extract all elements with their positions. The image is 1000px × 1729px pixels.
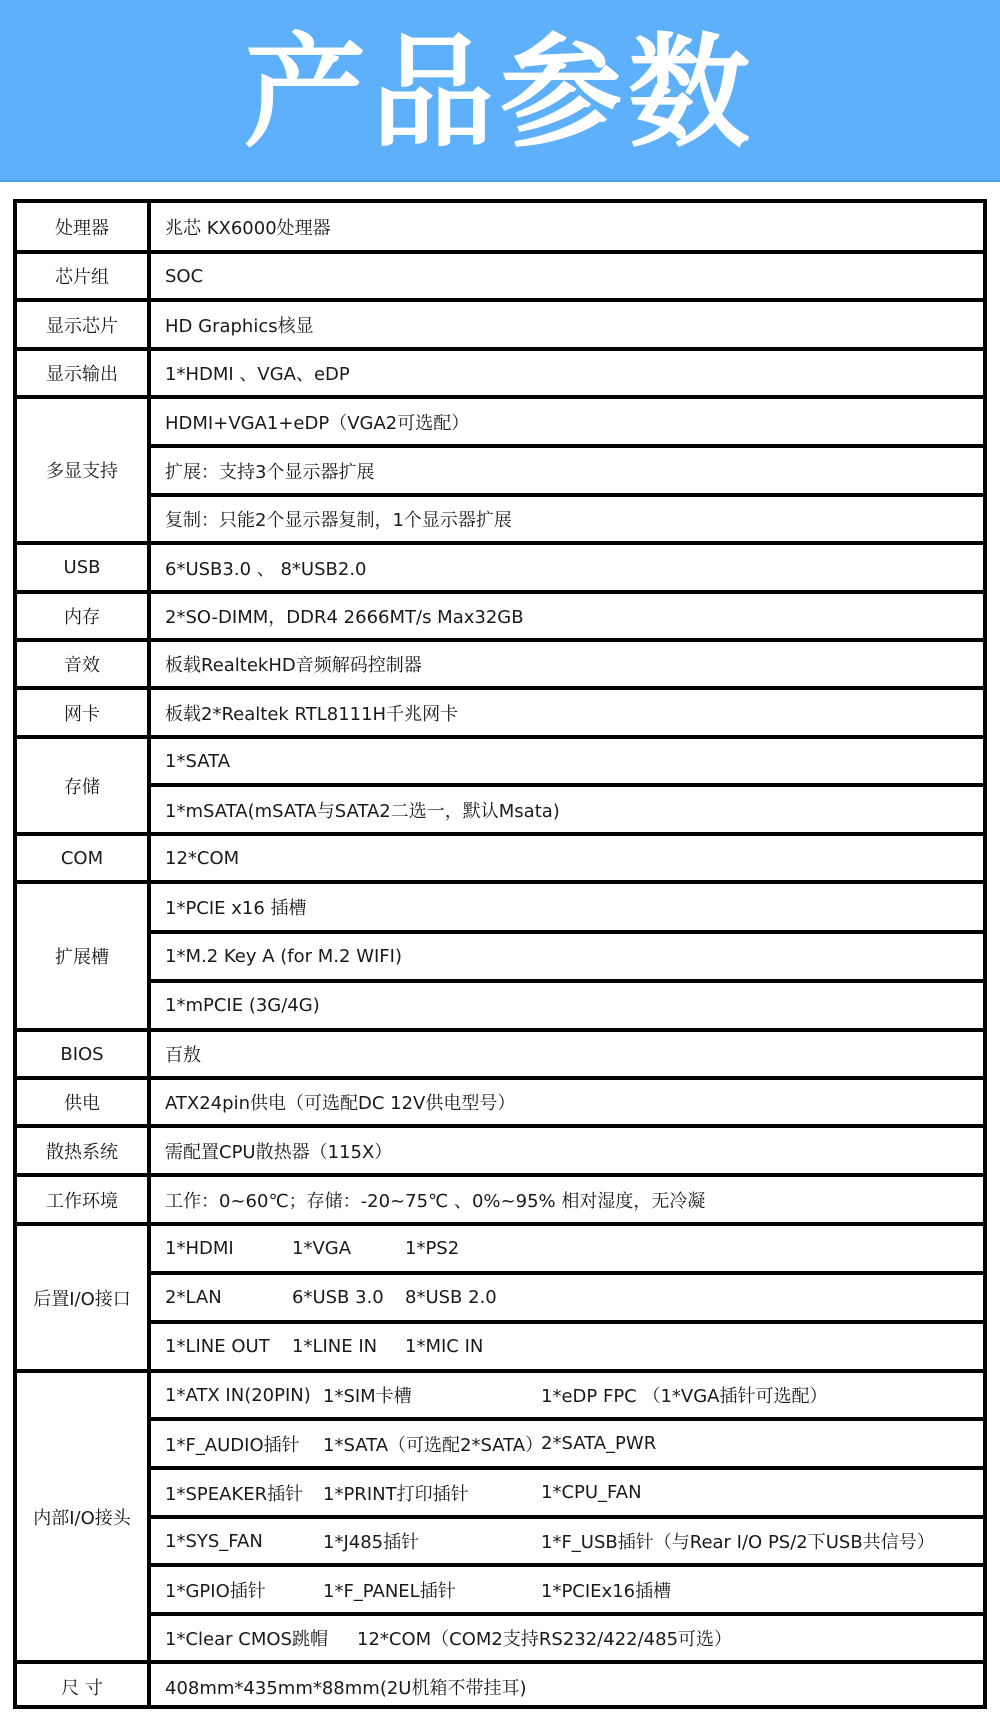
spec-label: 显示芯片 xyxy=(17,302,151,347)
io-item: 1*LINE IN xyxy=(292,1324,377,1369)
spec-row-power: 供电 ATX24pin供电（可选配DC 12V供电型号） xyxy=(17,1076,983,1124)
io-item: 12*COM（COM2支持RS232/422/485可选） xyxy=(357,1616,732,1660)
header-banner: 产品参数 xyxy=(0,0,1000,182)
io-item: 2*LAN xyxy=(165,1275,222,1320)
rear-io-row: 1*LINE OUT 1*LINE IN 1*MIC IN xyxy=(151,1320,983,1369)
spec-value: 1*mPCIE (3G/4G) xyxy=(151,979,983,1028)
io-item: 1*eDP FPC （1*VGA插针可选配） xyxy=(541,1373,828,1417)
spec-label: 工作环境 xyxy=(17,1177,151,1222)
spec-value: 1*HDMI 、VGA、eDP xyxy=(151,351,983,395)
spec-value: 百敖 xyxy=(151,1032,983,1076)
spec-label: 内部I/O接头 xyxy=(17,1373,151,1660)
spec-row-multi-display: 多显支持 HDMI+VGA1+eDP（VGA2可选配） 扩展：支持3个显示器扩展… xyxy=(17,395,983,541)
spec-label: 芯片组 xyxy=(17,254,151,298)
internal-io-row: 1*SYS_FAN 1*J485插针 1*F_USB插针（与Rear I/O P… xyxy=(151,1515,983,1563)
spec-row-graphics: 显示芯片 HD Graphics核显 xyxy=(17,298,983,347)
spec-row-cooling: 散热系统 需配置CPU散热器（115X） xyxy=(17,1124,983,1173)
internal-io-row: 1*F_AUDIO插针 1*SATA（可选配2*SATA） 2*SATA_PWR xyxy=(151,1417,983,1466)
spec-value: 1*M.2 Key A (for M.2 WIFI) xyxy=(151,930,983,979)
spec-row-network: 网卡 板载2*Realtek RTL8111H千兆网卡 xyxy=(17,686,983,735)
spec-label: 网卡 xyxy=(17,690,151,735)
spec-label: 尺 寸 xyxy=(17,1664,151,1709)
spec-row-storage: 存储 1*SATA 1*mSATA(mSATA与SATA2二选一，默认Msata… xyxy=(17,735,983,832)
spec-row-memory: 内存 2*SO-DIMM，DDR4 2666MT/s Max32GB xyxy=(17,590,983,638)
io-item: 1*F_PANEL插针 xyxy=(323,1567,456,1612)
rear-io-row: 2*LAN 6*USB 3.0 8*USB 2.0 xyxy=(151,1271,983,1320)
spec-label: 供电 xyxy=(17,1080,151,1124)
spec-value: 扩展：支持3个显示器扩展 xyxy=(151,444,983,493)
spec-row-display-output: 显示输出 1*HDMI 、VGA、eDP xyxy=(17,347,983,395)
spec-value: 复制：只能2个显示器复制，1个显示器扩展 xyxy=(151,493,983,541)
io-item: 1*MIC IN xyxy=(405,1324,483,1369)
io-item: 1*F_AUDIO插针 xyxy=(165,1421,300,1466)
io-item: 6*USB 3.0 xyxy=(292,1275,384,1320)
spec-value: 1*mSATA(mSATA与SATA2二选一，默认Msata) xyxy=(151,783,983,832)
io-item: 1*SYS_FAN xyxy=(165,1519,263,1563)
spec-label: BIOS xyxy=(17,1032,151,1076)
spec-label: 处理器 xyxy=(17,203,151,250)
io-item: 1*LINE OUT xyxy=(165,1324,270,1369)
spec-label: 显示输出 xyxy=(17,351,151,395)
internal-io-row: 1*ATX IN(20PIN) 1*SIM卡槽 1*eDP FPC （1*VGA… xyxy=(151,1373,983,1417)
spec-label: 音效 xyxy=(17,642,151,686)
spec-value: 12*COM xyxy=(151,836,983,880)
io-item: 2*SATA_PWR xyxy=(541,1421,656,1466)
spec-label: 内存 xyxy=(17,594,151,638)
io-item: 1*PRINT打印插针 xyxy=(323,1470,469,1515)
spec-value: 板载2*Realtek RTL8111H千兆网卡 xyxy=(151,690,983,735)
spec-row-chipset: 芯片组 SOC xyxy=(17,250,983,298)
spec-value: 板载RealtekHD音频解码控制器 xyxy=(151,642,983,686)
spec-label: 多显支持 xyxy=(17,399,151,541)
spec-value: 工作：0~60℃；存储：-20~75℃ 、0%~95% 相对湿度，无冷凝 xyxy=(151,1177,983,1222)
internal-io-row: 1*Clear CMOS跳帽 12*COM（COM2支持RS232/422/48… xyxy=(151,1612,983,1660)
io-item: 1*SATA（可选配2*SATA） xyxy=(323,1421,543,1466)
spec-value: 6*USB3.0 、 8*USB2.0 xyxy=(151,545,983,590)
spec-row-com: COM 12*COM xyxy=(17,832,983,880)
spec-value: 1*PCIE x16 插槽 xyxy=(151,884,983,930)
spec-label: 后置I/O接口 xyxy=(17,1226,151,1369)
spec-row-usb: USB 6*USB3.0 、 8*USB2.0 xyxy=(17,541,983,590)
spec-value: HDMI+VGA1+eDP（VGA2可选配） xyxy=(151,399,983,444)
spec-label: 扩展槽 xyxy=(17,884,151,1028)
spec-value: ATX24pin供电（可选配DC 12V供电型号） xyxy=(151,1080,983,1124)
spec-value: 兆芯 KX6000处理器 xyxy=(151,203,983,250)
spec-value: SOC xyxy=(151,254,983,298)
io-item: 1*SIM卡槽 xyxy=(323,1373,412,1417)
io-item: 1*SPEAKER插针 xyxy=(165,1470,303,1515)
spec-row-expansion: 扩展槽 1*PCIE x16 插槽 1*M.2 Key A (for M.2 W… xyxy=(17,880,983,1028)
io-item: 1*VGA xyxy=(292,1226,351,1271)
spec-table: 处理器 兆芯 KX6000处理器 芯片组 SOC 显示芯片 HD Graphic… xyxy=(13,199,987,1709)
internal-io-row: 1*SPEAKER插针 1*PRINT打印插针 1*CPU_FAN xyxy=(151,1466,983,1515)
spec-row-internal-io: 内部I/O接头 1*ATX IN(20PIN) 1*SIM卡槽 1*eDP FP… xyxy=(17,1369,983,1660)
io-item: 1*Clear CMOS跳帽 xyxy=(165,1616,328,1660)
io-item: 1*PS2 xyxy=(405,1226,459,1271)
spec-row-environment: 工作环境 工作：0~60℃；存储：-20~75℃ 、0%~95% 相对湿度，无冷… xyxy=(17,1173,983,1222)
io-item: 1*F_USB插针（与Rear I/O PS/2下USB共信号） xyxy=(541,1519,935,1563)
io-item: 1*GPIO插针 xyxy=(165,1567,266,1612)
io-item: 1*PCIEx16插槽 xyxy=(541,1567,671,1612)
spec-row-size: 尺 寸 408mm*435mm*88mm(2U机箱不带挂耳) xyxy=(17,1660,983,1709)
spec-row-bios: BIOS 百敖 xyxy=(17,1028,983,1076)
internal-io-row: 1*GPIO插针 1*F_PANEL插针 1*PCIEx16插槽 xyxy=(151,1563,983,1612)
io-item: 1*HDMI xyxy=(165,1226,234,1271)
spec-label: USB xyxy=(17,545,151,590)
io-item: 8*USB 2.0 xyxy=(405,1275,497,1320)
spec-label: 散热系统 xyxy=(17,1128,151,1173)
spec-value: 2*SO-DIMM，DDR4 2666MT/s Max32GB xyxy=(151,594,983,638)
spec-value: HD Graphics核显 xyxy=(151,302,983,347)
spec-label: 存储 xyxy=(17,739,151,832)
spec-row-audio: 音效 板载RealtekHD音频解码控制器 xyxy=(17,638,983,686)
rear-io-row: 1*HDMI 1*VGA 1*PS2 xyxy=(151,1226,983,1271)
io-item: 1*CPU_FAN xyxy=(541,1470,642,1515)
spec-row-rear-io: 后置I/O接口 1*HDMI 1*VGA 1*PS2 2*LAN 6*USB 3… xyxy=(17,1222,983,1369)
io-item: 1*J485插针 xyxy=(323,1519,419,1563)
spec-row-cpu: 处理器 兆芯 KX6000处理器 xyxy=(17,203,983,250)
spec-value: 需配置CPU散热器（115X） xyxy=(151,1128,983,1173)
io-item: 1*ATX IN(20PIN) xyxy=(165,1373,311,1417)
spec-value: 1*SATA xyxy=(151,739,983,783)
page-title: 产品参数 xyxy=(0,18,1000,168)
spec-value: 408mm*435mm*88mm(2U机箱不带挂耳) xyxy=(151,1664,983,1709)
spec-label: COM xyxy=(17,836,151,880)
